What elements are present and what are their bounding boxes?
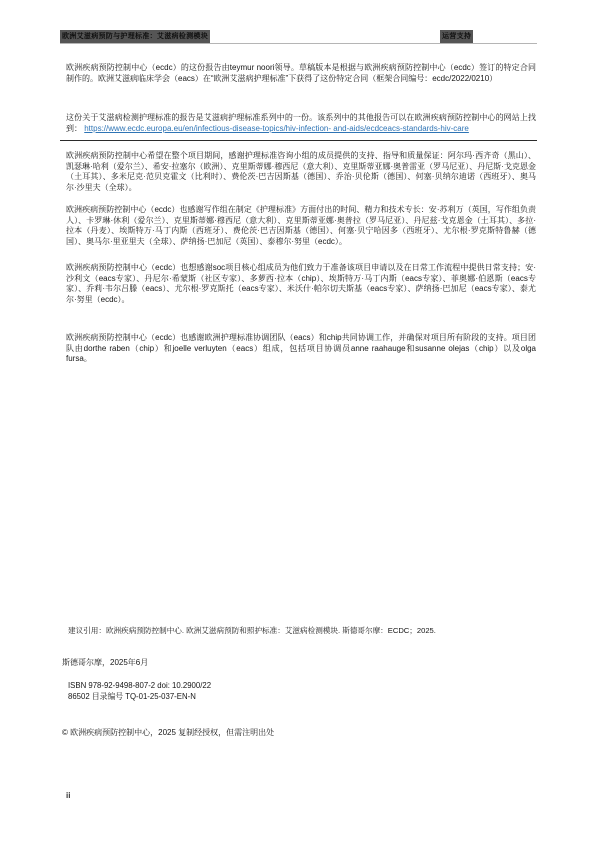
paragraph-advisory-group: 欧洲疾病预防控制中心希望在整个项目期间，感谢护理标准咨询小组的成员提供的支持、指…	[66, 151, 536, 194]
copyright-notice: © 欧洲疾病预防控制中心，2025 复制经授权，但需注明出处	[62, 728, 274, 738]
catalogue-number-line: 86502 目录编号 TQ-01-25-037-EN-N	[68, 692, 211, 703]
section-divider	[60, 140, 537, 141]
header-rule	[60, 43, 537, 44]
paragraph-lead-author: 欧洲疾病预防控制中心（ecdc）的这份报告由teymur noori领导。草稿版…	[66, 63, 536, 84]
document-page: 欧洲艾滋病预防与护理标准：艾滋病检测模块 运营支持 欧洲疾病预防控制中心（ecd…	[0, 0, 595, 842]
page-number: ii	[66, 791, 70, 800]
paragraph-series-note: 这份关于艾滋病检测护理标准的报告是艾滋病护理标准系列中的一份。该系列中的其他报告…	[66, 113, 536, 134]
header-section-label: 运营支持	[440, 30, 473, 43]
isbn-line: ISBN 978-92-9498-807-2 doi: 10.2900/22	[68, 681, 211, 692]
paragraph-writing-group: 欧洲疾病预防控制中心（ecdc）也感谢写作组在制定《护理标准》方面付出的时间、精…	[66, 205, 536, 248]
isbn-block: ISBN 978-92-9498-807-2 doi: 10.2900/22 8…	[68, 681, 211, 702]
header-document-title: 欧洲艾滋病预防与护理标准：艾滋病检测模块	[60, 30, 210, 43]
paragraph-coordination-team: 欧洲疾病预防控制中心（ecdc）也感谢欧洲护理标准协调团队（eacs）和chip…	[66, 333, 536, 365]
publication-place-date: 斯德哥尔摩，2025年6月	[62, 658, 148, 668]
paragraph-soc-core-group: 欧洲疾病预防控制中心（ecdc）也想感谢soc项目核心组成员为他们致力于准备该项…	[66, 263, 536, 306]
ecdc-website-link[interactable]: https://www.ecdc.europa.eu/en/infectious…	[84, 124, 469, 133]
suggested-citation: 建议引用：欧洲疾病预防控制中心. 欧洲艾滋病预防和照护标准：艾滋病检测模块. 斯…	[68, 626, 530, 636]
